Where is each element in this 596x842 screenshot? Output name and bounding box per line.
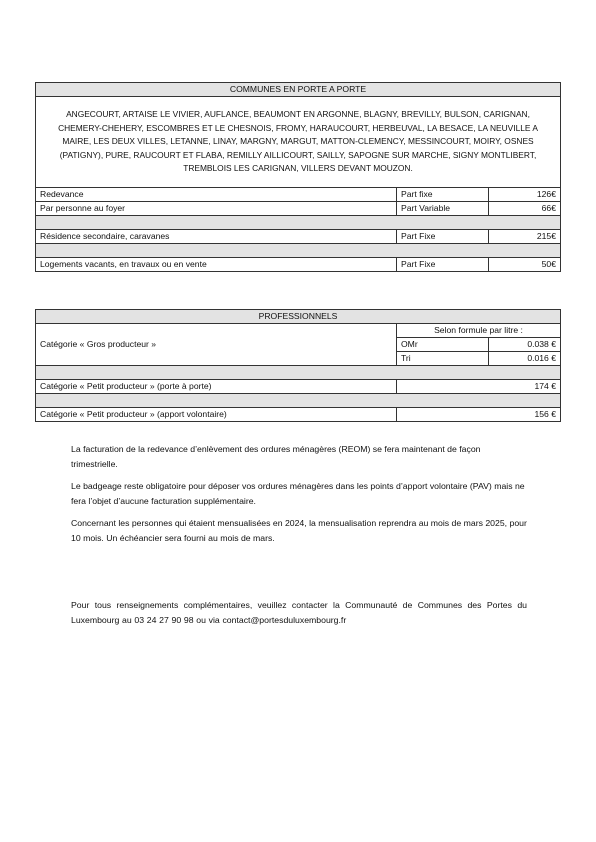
- row-type: Part Fixe: [397, 257, 489, 271]
- petit-producteur-porte-label: Catégorie « Petit producteur » (porte à …: [36, 380, 397, 394]
- table-row: Logements vacants, en travaux ou en vent…: [36, 257, 561, 271]
- formula-item-price: 0.016 €: [489, 352, 561, 366]
- formula-item-name: OMr: [397, 338, 489, 352]
- formula-header: Selon formule par litre :: [397, 324, 561, 338]
- spacer-row: [36, 394, 561, 408]
- professionnels-tariff-table: PROFESSIONNELS Catégorie « Gros producte…: [35, 309, 561, 422]
- table-row: Catégorie « Petit producteur » (apport v…: [36, 408, 561, 422]
- formula-item-name: Tri: [397, 352, 489, 366]
- row-type: Part fixe: [397, 187, 489, 201]
- billing-frequency-paragraph: La facturation de la redevance d’enlèvem…: [71, 442, 527, 471]
- formula-item-price: 0.038 €: [489, 338, 561, 352]
- communes-tariff-table: COMMUNES EN PORTE A PORTE ANGECOURT, ART…: [35, 82, 561, 272]
- row-label: Logements vacants, en travaux ou en vent…: [36, 257, 397, 271]
- petit-producteur-porte-amount: 174 €: [397, 380, 561, 394]
- contact-paragraph: Pour tous renseignements complémentaires…: [71, 598, 527, 627]
- table-row: Catégorie « Petit producteur » (porte à …: [36, 380, 561, 394]
- gros-producteur-label: Catégorie « Gros producteur »: [36, 324, 397, 366]
- communes-list: ANGECOURT, ARTAISE LE VIVIER, AUFLANCE, …: [36, 97, 561, 188]
- communes-table-title: COMMUNES EN PORTE A PORTE: [36, 83, 561, 97]
- row-amount: 215€: [489, 229, 561, 243]
- table-row: Par personne au foyer Part Variable 66€: [36, 201, 561, 215]
- badge-paragraph: Le badgeage reste obligatoire pour dépos…: [71, 479, 527, 508]
- table-row: Résidence secondaire, caravanes Part Fix…: [36, 229, 561, 243]
- monthly-payment-paragraph: Concernant les personnes qui étaient men…: [71, 516, 527, 545]
- row-label: Par personne au foyer: [36, 201, 397, 215]
- row-label: Redevance: [36, 187, 397, 201]
- petit-producteur-apport-amount: 156 €: [397, 408, 561, 422]
- table-row: Redevance Part fixe 126€: [36, 187, 561, 201]
- spacer-row: [36, 243, 561, 257]
- row-amount: 126€: [489, 187, 561, 201]
- spacer-row: [36, 366, 561, 380]
- petit-producteur-apport-label: Catégorie « Petit producteur » (apport v…: [36, 408, 397, 422]
- professionnels-table-title: PROFESSIONNELS: [36, 310, 561, 324]
- row-type: Part Variable: [397, 201, 489, 215]
- row-amount: 50€: [489, 257, 561, 271]
- spacer-row: [36, 215, 561, 229]
- row-type: Part Fixe: [397, 229, 489, 243]
- row-amount: 66€: [489, 201, 561, 215]
- row-label: Résidence secondaire, caravanes: [36, 229, 397, 243]
